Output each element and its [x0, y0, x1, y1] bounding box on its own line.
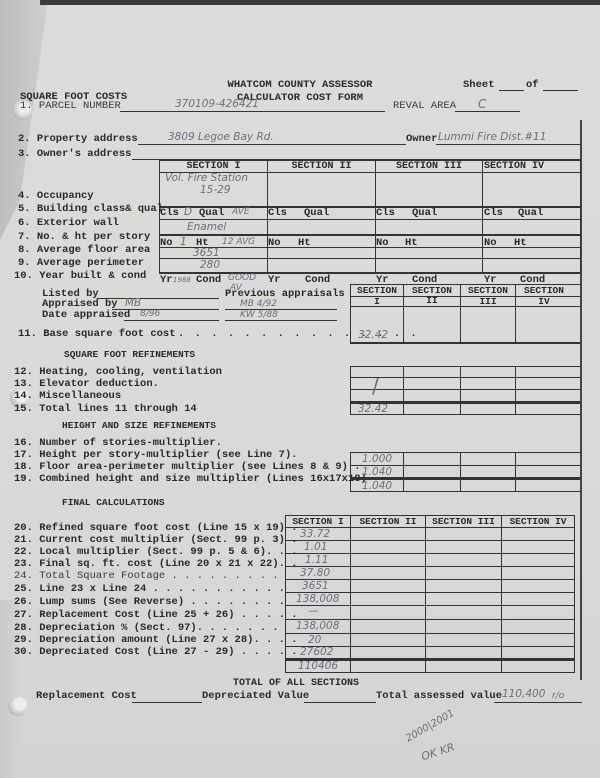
- table-border: [350, 366, 580, 367]
- line29-value: 27602: [300, 646, 333, 658]
- cls-label-iv: Cls: [484, 207, 503, 219]
- total-assessed-value: 110,400: [502, 688, 545, 700]
- final-calculations-heading: FINAL CALCULATIONS: [62, 497, 165, 509]
- final-header-iii: SECTION III: [426, 516, 501, 527]
- table-border: [350, 377, 580, 378]
- annotation-years: 2000|2001: [404, 708, 457, 746]
- total-assessed-label: Total assessed value: [376, 690, 502, 702]
- table-border: [460, 452, 461, 492]
- table-border: [350, 515, 351, 673]
- refinements-heading: SQUARE FOOT REFINEMENTS: [64, 349, 195, 361]
- exterior-wall-value: Enamel: [187, 221, 226, 233]
- qual-label-iii: Qual: [412, 207, 437, 219]
- cls-label: Cls: [160, 207, 179, 219]
- occupancy-code: 15-29: [200, 184, 231, 196]
- no-value: 1: [180, 236, 187, 248]
- replacement-cost-field[interactable]: [132, 702, 202, 703]
- table-border: [285, 672, 574, 673]
- sheet-label: Sheet: [463, 79, 495, 91]
- table-border: [350, 452, 351, 492]
- line12-label: 12. Heating, cooling, ventilation: [14, 366, 222, 378]
- occupancy-label: 4. Occupancy: [18, 190, 94, 202]
- line20-label: 20. Refined square foot cost (Line 15 x …: [14, 522, 298, 534]
- yr-label: Yr: [160, 274, 173, 286]
- line30-value: 110406: [298, 660, 338, 672]
- parcel-label: 1. PARCEL NUMBER: [20, 100, 121, 112]
- cost-header-i-top: SECTION: [351, 285, 403, 296]
- section-ii-header: SECTION II: [268, 161, 375, 172]
- property-address-field[interactable]: [138, 144, 406, 145]
- property-address-label: 2. Property address: [18, 133, 138, 145]
- final-header-ii: SECTION II: [351, 516, 425, 527]
- table-border: [285, 605, 574, 606]
- year-cond-label: 10. Year built & cond: [14, 270, 146, 282]
- cond-label-ii: Cond: [305, 274, 330, 286]
- table-border: [285, 633, 574, 634]
- line16-label: 16. Number of stories-multiplier.: [14, 437, 222, 449]
- owner-value: Lummi Fire Dist.#11: [438, 131, 546, 143]
- line23-label: 23. Final sq. ft. cost (Line 20 x 21 x 2…: [14, 558, 298, 570]
- floor-area-value: 3651: [193, 247, 220, 259]
- height-size-heading: HEIGHT AND SIZE REFINEMENTS: [62, 420, 216, 432]
- owner-label: Owner: [406, 133, 438, 145]
- scanned-form-page: SQUARE FOOT COSTS WHATCOM COUNTY ASSESSO…: [0, 0, 600, 778]
- line24-value: 3651: [302, 580, 329, 592]
- line30-label: 30. Depreciated Cost (Line 27 - 29) . . …: [14, 646, 298, 658]
- floor-area-label: 8. Average floor area: [18, 244, 150, 256]
- cost-header-iv-top: SECTION: [516, 285, 572, 296]
- line28-label: 28. Depreciation % (Sect. 97). . . . . .…: [14, 622, 279, 634]
- table-border: [515, 366, 516, 415]
- line17-label: 17. Height per story-multiplier (see Lin…: [14, 449, 298, 461]
- appraised-by-value: MB: [125, 297, 141, 309]
- owners-address-label: 3. Owner's address: [18, 148, 131, 160]
- line11-value: 32.42: [358, 329, 388, 341]
- line26-label: 26. Lump sums (See Reverse) . . . . . . …: [14, 596, 285, 608]
- owner-field[interactable]: [436, 144, 580, 145]
- table-border: [580, 160, 581, 273]
- parcel-field[interactable]: [120, 111, 385, 112]
- depreciated-value-label: Depreciated Value: [202, 690, 309, 702]
- exterior-wall-label: 6. Exterior wall: [18, 217, 119, 229]
- perimeter-value: 280: [200, 259, 220, 271]
- yr-value: 1988: [173, 274, 191, 286]
- stories-height-label: 7. No. & ht per story: [18, 231, 150, 243]
- cost-header-ii-bottom: II: [404, 295, 460, 306]
- totals-heading: TOTAL OF ALL SECTIONS: [233, 678, 359, 690]
- annotation-ok: OK KR: [420, 741, 456, 763]
- no-label-iv: No: [484, 237, 497, 249]
- line13-label: 13. Elevator deduction.: [14, 378, 159, 390]
- line23-value: 37.80: [300, 567, 330, 579]
- line15-label: 15. Total lines 11 through 14: [14, 403, 197, 415]
- yr-label-ii: Yr: [268, 274, 281, 286]
- line18-label: 18. Floor area-perimeter multiplier (see…: [14, 461, 361, 473]
- table-border: [159, 272, 580, 274]
- table-border: [350, 389, 580, 390]
- section-i-header: SECTION I: [160, 161, 267, 172]
- line27-value: 138,008: [296, 620, 339, 632]
- line29-label: 29. Depreciation amount (Line 27 x 28). …: [14, 634, 298, 646]
- table-border: [460, 366, 461, 415]
- form-title-line1: WHATCOM COUNTY ASSESSOR: [200, 79, 400, 91]
- of-label: of: [526, 79, 539, 91]
- line22-label: 22. Local multiplier (Sect. 99 p. 5 & 6)…: [14, 546, 298, 558]
- total-assessed-note: r/o: [552, 690, 564, 702]
- line26-value: —: [308, 605, 319, 617]
- no-label-ii: No: [268, 237, 281, 249]
- qual-value: AVE: [232, 206, 250, 218]
- table-border: [501, 515, 502, 673]
- sheet-number-field[interactable]: [499, 90, 524, 91]
- table-border: [403, 366, 404, 415]
- table-border: [482, 160, 483, 273]
- table-border: [350, 366, 351, 415]
- line15-value: 32.42: [358, 403, 388, 415]
- table-border: [515, 452, 516, 492]
- date-appraised-value: 8/96: [140, 308, 160, 320]
- previous-appraisal-2: KW 5/88: [240, 309, 278, 321]
- table-border: [403, 452, 404, 492]
- table-border: [159, 219, 580, 220]
- line25-label: 25. Line 23 x Line 24 . . . . . . . . . …: [14, 583, 285, 595]
- top-edge-bar: [40, 0, 600, 5]
- depreciated-value-field[interactable]: [304, 702, 376, 703]
- cond-label: Cond: [196, 274, 221, 286]
- line21-label: 21. Current cost multiplier (Sect. 99 p.…: [14, 534, 298, 546]
- reval-area-label: REVAL AREA: [393, 100, 456, 112]
- line19-value: 1.040: [362, 480, 392, 492]
- cls-value: D: [184, 206, 192, 218]
- line20-value: 33.72: [300, 528, 330, 540]
- replacement-cost-label: Replacement Cost: [36, 690, 137, 702]
- cost-header-i-bottom: I: [351, 296, 403, 307]
- line25-value: 138,008: [296, 593, 339, 605]
- building-class-label: 5. Building class& qual: [18, 203, 163, 215]
- sheet-total-field[interactable]: [543, 90, 578, 91]
- line11-label: 11. Base square foot cost: [18, 328, 176, 340]
- ht-label-iii: Ht: [405, 237, 418, 249]
- cost-header-iii-top: SECTION: [461, 285, 515, 296]
- line19-label: 19. Combined height and size multiplier …: [14, 473, 367, 485]
- property-address-value: 3809 Legoe Bay Rd.: [168, 131, 274, 143]
- ht-value: 12 AVG: [222, 236, 255, 248]
- table-border: [159, 258, 580, 259]
- line12-value: /: [372, 376, 379, 396]
- line27-label: 27. Replacement Cost (Line 25 + 26) . . …: [14, 609, 298, 621]
- table-border: [574, 515, 575, 673]
- perimeter-label: 9. Average perimeter: [18, 257, 144, 269]
- line22-value: 1.11: [305, 554, 328, 566]
- table-border: [425, 515, 426, 673]
- line21-value: 1.01: [304, 541, 327, 553]
- cls-label-ii: Cls: [268, 207, 287, 219]
- occupancy-value: Vol. Fire Station: [165, 172, 248, 184]
- section-iv-header: SECTION IV: [484, 161, 544, 172]
- reval-area-field[interactable]: [455, 111, 520, 112]
- table-border: [350, 342, 580, 344]
- cost-header-iii-bottom: III: [461, 296, 515, 307]
- line28-value: 20: [308, 634, 321, 646]
- qual-label: Qual: [199, 207, 224, 219]
- section-iii-header: SECTION III: [376, 161, 482, 172]
- punch-hole-icon: [8, 696, 28, 716]
- cost-header-iv-bottom: IV: [516, 296, 572, 307]
- cls-label-iii: Cls: [376, 207, 395, 219]
- no-label-iii: No: [376, 237, 389, 249]
- ht-label-ii: Ht: [298, 237, 311, 249]
- line14-label: 14. Miscellaneous: [14, 390, 121, 402]
- parcel-value: 370109-426421: [175, 98, 259, 110]
- final-header-iv: SECTION IV: [502, 516, 574, 527]
- no-label: No: [160, 237, 173, 249]
- line17-value: 1.000: [362, 453, 392, 465]
- date-appraised-label: Date appraised: [42, 309, 130, 321]
- line24-label: 24. Total Square Footage . . . . . . . .…: [14, 570, 279, 582]
- qual-label-iv: Qual: [518, 207, 543, 219]
- line18-value: 1.040: [362, 466, 392, 478]
- total-assessed-field[interactable]: [494, 702, 582, 703]
- reval-area-value: C: [478, 98, 486, 110]
- ht-label-iv: Ht: [514, 237, 527, 249]
- qual-label-ii: Qual: [304, 207, 329, 219]
- date-appraised-field[interactable]: [124, 320, 219, 321]
- table-border: [285, 540, 574, 541]
